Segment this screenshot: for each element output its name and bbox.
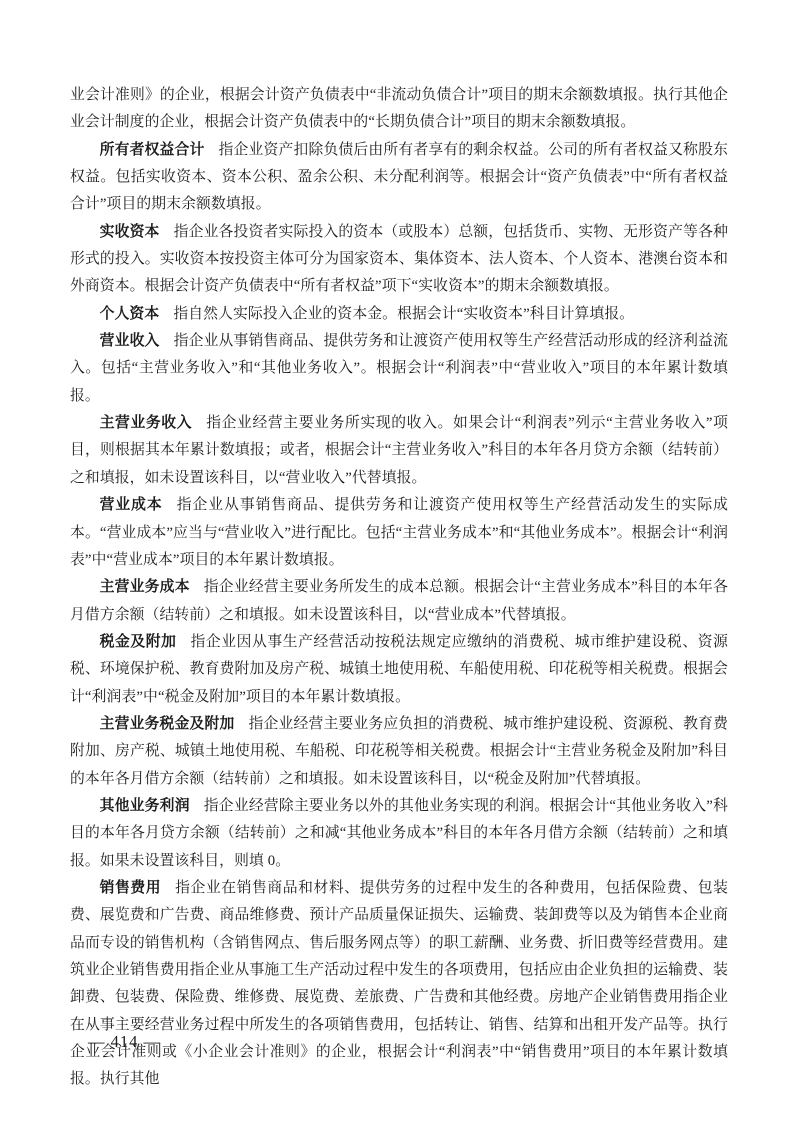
definition-paragraph: 主营业务成本指企业经营主要业务所发生的成本总额。根据会计“主营业务成本”科目的本…: [70, 574, 728, 629]
paragraph-text: 指企业从事销售商品、提供劳务和让渡资产使用权等生产经营活动形成的经济利益流入。包…: [70, 333, 728, 404]
page-number: — 414 —: [88, 1032, 161, 1052]
definition-paragraph: 销售费用指企业在销售商品和材料、提供劳务的过程中发生的各种费用，包括保险费、包装…: [70, 875, 728, 1094]
term-label: 所有者权益合计: [100, 142, 205, 158]
term-label: 主营业务税金及附加: [100, 716, 235, 732]
definition-paragraph: 营业收入指企业从事销售商品、提供劳务和让渡资产使用权等生产经营活动形成的经济利益…: [70, 328, 728, 410]
definition-paragraph: 营业成本指企业从事销售商品、提供劳务和让渡资产使用权等生产经营活动发生的实际成本…: [70, 492, 728, 574]
paragraph-text: 指自然人实际投入企业的资本金。根据会计“实收资本”科目计算填报。: [173, 306, 634, 322]
definition-paragraph: 主营业务税金及附加指企业经营主要业务应负担的消费税、城市维护建设税、资源税、教育…: [70, 711, 728, 793]
definition-paragraph: 其他业务利润指企业经营除主要业务以外的其他业务实现的利润。根据会计“其他业务收入…: [70, 793, 728, 875]
term-label: 主营业务收入: [100, 415, 193, 431]
definition-paragraph: 个人资本指自然人实际投入企业的资本金。根据会计“实收资本”科目计算填报。: [70, 301, 728, 328]
definition-paragraph: 税金及附加指企业因从事生产经营活动按税法规定应缴纳的消费税、城市维护建设税、资源…: [70, 629, 728, 711]
document-page: 业会计准则》的企业，根据会计资产负债表中“非流动负债合计”项目的期末余额数填报。…: [0, 0, 793, 1122]
term-label: 税金及附加: [100, 634, 177, 650]
paragraph-text: 指企业在销售商品和材料、提供劳务的过程中发生的各种费用，包括保险费、包装费、展览…: [70, 880, 728, 1087]
term-label: 实收资本: [100, 224, 160, 240]
definition-paragraph: 主营业务收入指企业经营主要业务所实现的收入。如果会计“利润表”列示“主营业务收入…: [70, 410, 728, 492]
term-label: 个人资本: [100, 306, 160, 322]
definition-paragraph: 所有者权益合计指企业资产扣除负债后由所有者享有的剩余权益。公司的所有者权益又称股…: [70, 137, 728, 219]
paragraph-text: 业会计准则》的企业，根据会计资产负债表中“非流动负债合计”项目的期末余额数填报。…: [70, 87, 728, 130]
term-label: 主营业务成本: [100, 579, 190, 595]
paragraph-continuation: 业会计准则》的企业，根据会计资产负债表中“非流动负债合计”项目的期末余额数填报。…: [70, 82, 728, 137]
definition-paragraph: 实收资本指企业各投资者实际投入的资本（或股本）总额，包括货币、实物、无形资产等各…: [70, 219, 728, 301]
term-label: 其他业务利润: [100, 798, 190, 814]
page-body-text: 业会计准则》的企业，根据会计资产负债表中“非流动负债合计”项目的期末余额数填报。…: [70, 82, 728, 1094]
paragraph-text: 指企业从事销售商品、提供劳务和让渡资产使用权等生产经营活动发生的实际成本。“营业…: [70, 497, 728, 568]
term-label: 销售费用: [100, 880, 161, 896]
term-label: 营业收入: [100, 333, 160, 349]
paragraph-text: 指企业各投资者实际投入的资本（或股本）总额，包括货币、实物、无形资产等各种形式的…: [70, 224, 728, 295]
term-label: 营业成本: [100, 497, 163, 513]
